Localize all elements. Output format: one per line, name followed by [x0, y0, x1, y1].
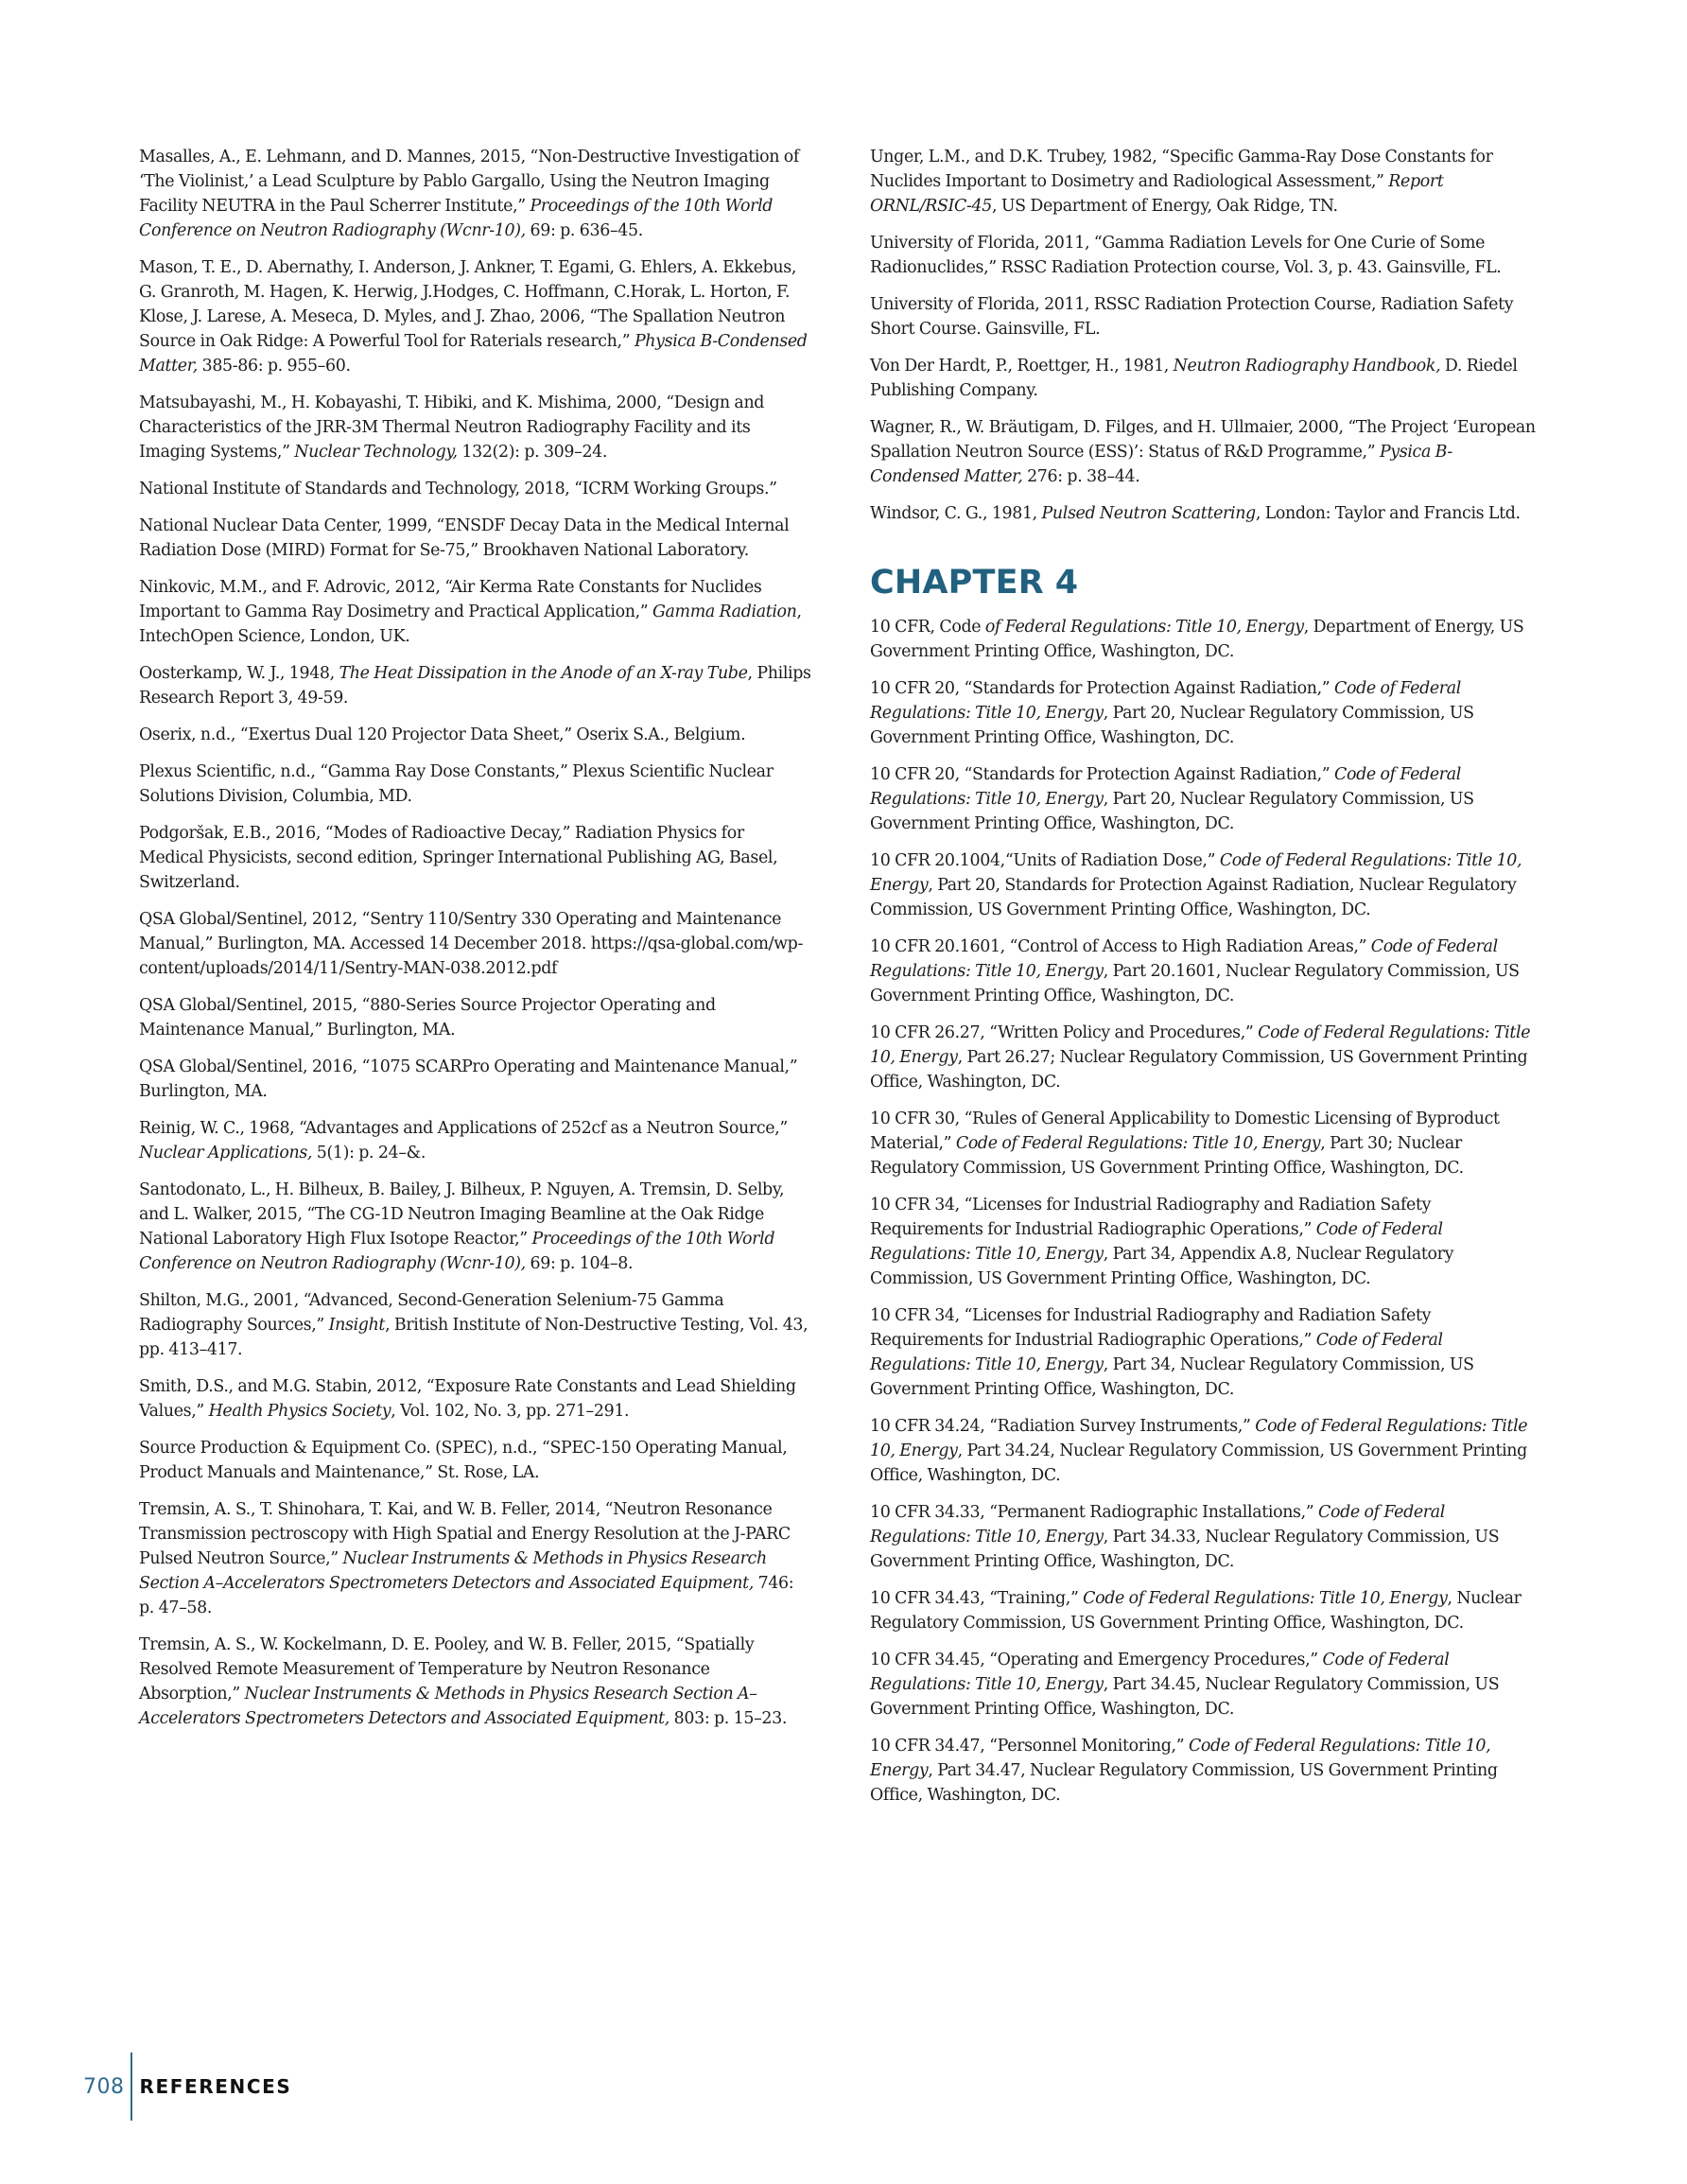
reference-entry: Tremsin, A. S., W. Kockelmann, D. E. Poo… [139, 1633, 812, 1731]
reference-entry: Windsor, C. G., 1981, Pulsed Neutron Sca… [870, 501, 1539, 526]
reference-entry: Plexus Scientific, n.d., “Gamma Ray Dose… [139, 760, 812, 809]
reference-italic-title: of Federal Regulations: Title 10, Energy [985, 618, 1304, 637]
reference-text: , Part 26.27; Nuclear Regulatory Commiss… [870, 1048, 1527, 1092]
reference-italic-title: Insight [329, 1316, 385, 1335]
reference-text: , Part 20, Standards for Protection Agai… [870, 876, 1516, 919]
reference-text: , Vol. 102, No. 3, pp. 271–291. [391, 1402, 629, 1421]
reference-text: QSA Global/Sentinel, 2016, “1075 SCARPro… [139, 1057, 797, 1101]
reference-text: 10 CFR 34.45, “Operating and Emergency P… [870, 1651, 1323, 1669]
reference-entry: 10 CFR 34, “Licenses for Industrial Radi… [870, 1303, 1539, 1402]
reference-entry: National Institute of Standards and Tech… [139, 477, 812, 501]
reference-entry: 10 CFR 34.45, “Operating and Emergency P… [870, 1648, 1539, 1721]
reference-entry: Santodonato, L., H. Bilheux, B. Bailey, … [139, 1178, 812, 1276]
reference-text: QSA Global/Sentinel, 2012, “Sentry 110/S… [139, 910, 803, 978]
reference-text: 10 CFR, Code [870, 618, 985, 637]
reference-text: Plexus Scientific, n.d., “Gamma Ray Dose… [139, 762, 774, 806]
reference-entry: Masalles, A., E. Lehmann, and D. Mannes,… [139, 145, 812, 243]
reference-entry: QSA Global/Sentinel, 2015, “880-Series S… [139, 993, 812, 1042]
reference-text: Source Production & Equipment Co. (SPEC)… [139, 1439, 787, 1482]
reference-entry: Tremsin, A. S., T. Shinohara, T. Kai, an… [139, 1497, 812, 1620]
reference-text: Windsor, C. G., 1981, [870, 504, 1042, 523]
reference-text: , Part 34.47, Nuclear Regulatory Commiss… [870, 1761, 1498, 1805]
reference-italic-title: Code of Federal Regulations: Title 10, E… [1083, 1589, 1447, 1608]
reference-entry: Matsubayashi, M., H. Kobayashi, T. Hibik… [139, 391, 812, 464]
reference-entry: 10 CFR 20.1004,“Units of Radiation Dose,… [870, 848, 1539, 922]
reference-text: 276: p. 38–44. [1022, 467, 1139, 486]
reference-entry: Source Production & Equipment Co. (SPEC)… [139, 1436, 812, 1485]
reference-entry: 10 CFR 20, “Standards for Protection Aga… [870, 762, 1539, 836]
page-footer: 708 REFERENCES [83, 2053, 291, 2121]
reference-entry: 10 CFR 20, “Standards for Protection Aga… [870, 676, 1539, 750]
reference-entry: National Nuclear Data Center, 1999, “ENS… [139, 514, 812, 563]
reference-text: 10 CFR 34.47, “Personnel Monitoring,” [870, 1737, 1189, 1756]
reference-text: , US Department of Energy, Oak Ridge, TN… [992, 197, 1338, 216]
reference-text: 132(2): p. 309–24. [458, 443, 607, 462]
reference-italic-title: Code of Federal Regulations: Title 10, E… [956, 1134, 1320, 1153]
reference-text: Podgoršak, E.B., 2016, “Modes of Radioac… [139, 824, 777, 892]
reference-text: University of Florida, 2011, “Gamma Radi… [870, 234, 1501, 277]
reference-text: , Part 34.24, Nuclear Regulatory Commiss… [870, 1441, 1527, 1485]
reference-text: 803: p. 15–23. [670, 1709, 787, 1728]
reference-italic-title: Neutron Radiography Handbook, [1174, 357, 1441, 376]
reference-list-chapter-4: 10 CFR, Code of Federal Regulations: Tit… [870, 615, 1539, 1808]
section-label: REFERENCES [132, 2075, 292, 2098]
reference-text: 385-86: p. 955–60. [198, 357, 351, 376]
reference-entry: University of Florida, 2011, “Gamma Radi… [870, 231, 1539, 280]
reference-entry: 10 CFR 34.43, “Training,” Code of Federa… [870, 1586, 1539, 1635]
reference-text: 10 CFR 20, “Standards for Protection Aga… [870, 765, 1334, 784]
reference-italic-title: Health Physics Society [209, 1402, 391, 1421]
reference-text: 10 CFR 34.24, “Radiation Survey Instrume… [870, 1417, 1255, 1436]
reference-entry: Smith, D.S., and M.G. Stabin, 2012, “Exp… [139, 1374, 812, 1424]
right-column: Unger, L.M., and D.K. Trubey, 1982, “Spe… [870, 145, 1539, 1820]
reference-text: 10 CFR 34.33, “Permanent Radiographic In… [870, 1503, 1318, 1522]
reference-entry: 10 CFR 34.47, “Personnel Monitoring,” Co… [870, 1734, 1539, 1808]
reference-text: 5(1): p. 24–&. [312, 1144, 426, 1162]
reference-italic-title: The Heat Dissipation in the Anode of an … [339, 664, 748, 683]
reference-text: 10 CFR 20.1004,“Units of Radiation Dose,… [870, 851, 1220, 870]
reference-text: 10 CFR 26.27, “Written Policy and Proced… [870, 1023, 1258, 1042]
reference-italic-title: Pulsed Neutron Scattering [1042, 504, 1256, 523]
reference-entry: 10 CFR, Code of Federal Regulations: Tit… [870, 615, 1539, 664]
reference-entry: Oosterkamp, W. J., 1948, The Heat Dissip… [139, 661, 812, 710]
reference-italic-title: Nuclear Applications, [139, 1144, 312, 1162]
reference-text: QSA Global/Sentinel, 2015, “880-Series S… [139, 996, 716, 1040]
reference-entry: 10 CFR 30, “Rules of General Applicabili… [870, 1107, 1539, 1180]
reference-text: National Nuclear Data Center, 1999, “ENS… [139, 516, 789, 560]
reference-entry: 10 CFR 20.1601, “Control of Access to Hi… [870, 935, 1539, 1008]
reference-italic-title: Gamma Radiation [652, 603, 797, 621]
reference-text: Reinig, W. C., 1968, “Advantages and App… [139, 1119, 788, 1138]
reference-list-continued: Unger, L.M., and D.K. Trubey, 1982, “Spe… [870, 145, 1539, 526]
reference-entry: Shilton, M.G., 2001, “Advanced, Second-G… [139, 1288, 812, 1362]
reference-entry: 10 CFR 34, “Licenses for Industrial Radi… [870, 1193, 1539, 1291]
reference-text: 10 CFR 20.1601, “Control of Access to Hi… [870, 937, 1371, 956]
reference-text: Oosterkamp, W. J., 1948, [139, 664, 339, 683]
reference-text: Oserix, n.d., “Exertus Dual 120 Projecto… [139, 725, 745, 744]
reference-entry: Reinig, W. C., 1968, “Advantages and App… [139, 1116, 812, 1165]
reference-entry: Mason, T. E., D. Abernathy, I. Anderson,… [139, 255, 812, 378]
reference-text: University of Florida, 2011, RSSC Radiat… [870, 295, 1513, 339]
reference-entry: QSA Global/Sentinel, 2012, “Sentry 110/S… [139, 907, 812, 981]
reference-text: National Institute of Standards and Tech… [139, 480, 777, 498]
reference-entry: Podgoršak, E.B., 2016, “Modes of Radioac… [139, 821, 812, 895]
reference-entry: 10 CFR 26.27, “Written Policy and Proced… [870, 1021, 1539, 1094]
reference-text: , London: Taylor and Francis Ltd. [1256, 504, 1521, 523]
reference-text: Von Der Hardt, P., Roettger, H., 1981, [870, 357, 1174, 376]
reference-entry: Oserix, n.d., “Exertus Dual 120 Projecto… [139, 723, 812, 747]
chapter-heading: CHAPTER 4 [870, 564, 1539, 602]
reference-text: 69: p. 104–8. [526, 1254, 633, 1273]
left-column: Masalles, A., E. Lehmann, and D. Mannes,… [139, 145, 812, 1743]
reference-entry: Ninkovic, M.M., and F. Adrovic, 2012, “A… [139, 575, 812, 649]
reference-italic-title: Nuclear Technology, [294, 443, 457, 462]
reference-entry: QSA Global/Sentinel, 2016, “1075 SCARPro… [139, 1055, 812, 1104]
reference-entry: Von Der Hardt, P., Roettger, H., 1981, N… [870, 354, 1539, 403]
reference-entry: 10 CFR 34.33, “Permanent Radiographic In… [870, 1500, 1539, 1574]
reference-entry: Wagner, R., W. Bräutigam, D. Filges, and… [870, 415, 1539, 489]
reference-entry: 10 CFR 34.24, “Radiation Survey Instrume… [870, 1414, 1539, 1488]
reference-text: 10 CFR 34.43, “Training,” [870, 1589, 1083, 1608]
page-number: 708 [83, 2075, 130, 2099]
reference-entry: Unger, L.M., and D.K. Trubey, 1982, “Spe… [870, 145, 1539, 218]
reference-text: 10 CFR 20, “Standards for Protection Aga… [870, 679, 1334, 698]
reference-text: 69: p. 636–45. [526, 221, 643, 240]
reference-entry: University of Florida, 2011, RSSC Radiat… [870, 292, 1539, 341]
